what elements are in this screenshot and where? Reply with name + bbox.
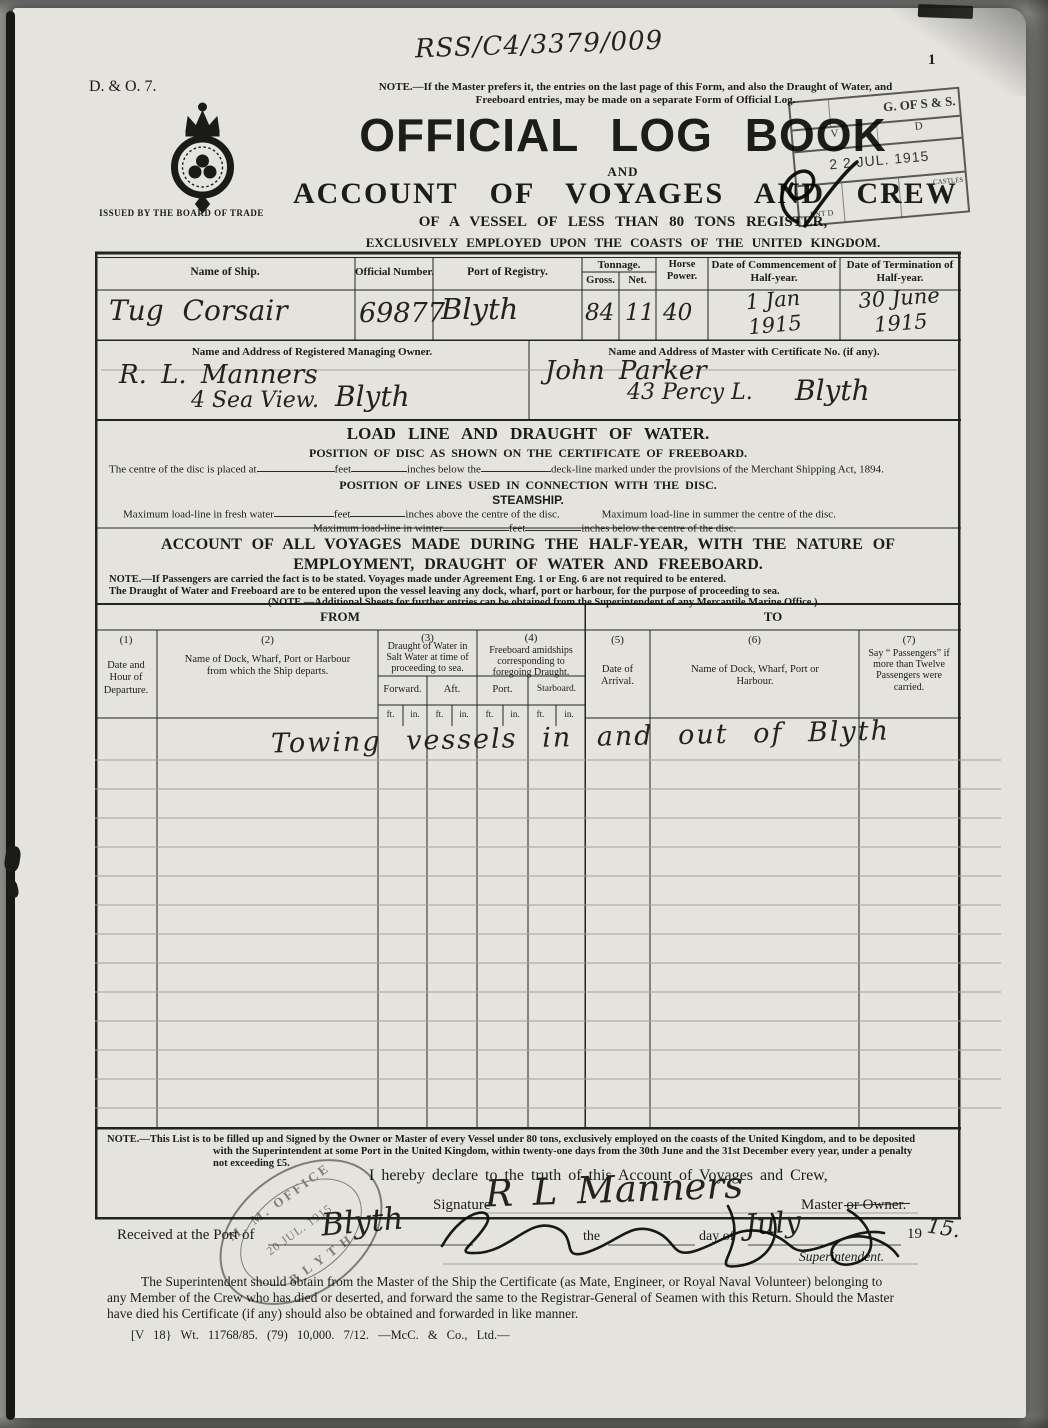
- col4-sub-starboard: Starboard.: [528, 684, 585, 695]
- unit-ft: ft.: [530, 709, 551, 720]
- loadline-line3-c: inches below the centre of the disc.: [581, 522, 736, 534]
- blank-field: [274, 507, 334, 517]
- declaration-note-line3: not exceeding £5.: [213, 1158, 290, 1170]
- header-horse-power: Horse Power.: [656, 259, 708, 284]
- to-label: TO: [585, 609, 961, 624]
- owner-name: R. L. Manners: [119, 360, 318, 391]
- col3-sub-aft: Aft.: [427, 684, 477, 696]
- declaration-note-line1: NOTE.—This List is to be filled up and S…: [107, 1134, 915, 1146]
- blank-field: [525, 521, 581, 531]
- loadline-line1-b: feet: [335, 463, 351, 475]
- col5-label: Date of Arrival.: [591, 664, 644, 689]
- value-gross-tonnage: 84: [585, 300, 614, 327]
- owner-town: Blyth: [335, 380, 410, 413]
- master-address: 43 Percy L.: [627, 380, 753, 406]
- unit-in: in.: [505, 709, 525, 720]
- loadline-line2-d: Maximum load-line in summer the centre o…: [602, 508, 836, 520]
- col6-label: Name of Dock, Wharf, Port or Harbour.: [685, 664, 825, 689]
- unit-in: in.: [405, 709, 425, 720]
- header-net: Net.: [619, 275, 656, 287]
- col1-number: (1): [95, 634, 157, 647]
- unit-ft: ft.: [479, 709, 500, 720]
- header-termination: Date of Termination of Half-year.: [842, 259, 958, 285]
- scan-shadow-right: [1026, 0, 1048, 1428]
- loadline-line3-a: Maximum load-line in winter: [313, 522, 443, 534]
- blank-field: [350, 507, 405, 517]
- header-tonnage: Tonnage.: [582, 259, 656, 272]
- closing-note-line3: have died his Certificate (if any) shoul…: [107, 1306, 578, 1322]
- blank-field: [351, 462, 407, 472]
- loadline-line1: The centre of the disc is placed atfeeti…: [109, 462, 884, 476]
- header-commencement: Date of Commencement of Half-year.: [710, 259, 838, 285]
- voyages-heading-line2: EMPLOYMENT, DRAUGHT OF WATER AND FREEBOA…: [95, 556, 961, 575]
- superintendent-signature: [428, 1200, 908, 1275]
- log-book-page: RSS/C4/3379/009 1 D. & O. 7. NOTE.—If th…: [13, 8, 1026, 1418]
- loadline-line1-d: deck-line marked under the provisions of…: [551, 463, 884, 475]
- loadline-line3-b: feet: [509, 522, 525, 534]
- header-gross: Gross.: [582, 275, 619, 287]
- loadline-line1-c: inches below the: [407, 463, 481, 475]
- header-official-number: Official Number.: [355, 266, 433, 279]
- received-year-prefix: 19: [907, 1226, 922, 1244]
- col3-sub-forward: Forward.: [378, 684, 427, 696]
- loadline-sub2: POSITION OF LINES USED IN CONNECTION WIT…: [95, 478, 961, 492]
- value-termination: 30 June 1915: [840, 282, 959, 340]
- value-port-of-registry: Blyth: [441, 292, 518, 326]
- unit-in: in.: [559, 709, 579, 720]
- voyages-heading-line1: ACCOUNT OF ALL VOYAGES MADE DURING THE H…: [95, 536, 961, 555]
- owner-address: 4 Sea View.: [191, 388, 319, 414]
- col7-label: Say “ Passengers” if more than Twelve Pa…: [862, 648, 956, 693]
- loadline-line2: Maximum load-line in fresh waterfeetinch…: [123, 507, 836, 521]
- blank-field: [481, 462, 551, 472]
- value-net-tonnage: 11: [625, 300, 654, 327]
- blank-field: [443, 521, 509, 531]
- col1-label: Date and Hour of Departure.: [98, 660, 154, 697]
- loadline-line2-a: Maximum load-line in fresh water: [123, 508, 274, 520]
- unit-ft: ft.: [380, 709, 401, 720]
- loadline-heading: LOAD LINE AND DRAUGHT OF WATER.: [95, 424, 961, 444]
- header-name-of-ship: Name of Ship.: [95, 266, 355, 280]
- loadline-line3: Maximum load-line in winterfeetinches be…: [313, 521, 736, 535]
- loadline-line1-a: The centre of the disc is placed at: [109, 463, 257, 475]
- col2-number: (2): [157, 634, 378, 647]
- owner-label: Name and Address of Registered Managing …: [95, 346, 529, 359]
- loadline-steamship: STEAMSHIP.: [95, 493, 961, 507]
- printer-imprint: [V 18} Wt. 11768/85. (79) 10,000. 7/12. …: [131, 1328, 510, 1343]
- received-year-value: 15.: [925, 1214, 962, 1244]
- closing-note-line2: any Member of the Crew who has died or d…: [107, 1290, 894, 1306]
- col3-label: Draught of Water in Salt Water at time o…: [381, 642, 474, 674]
- col7-number: (7): [859, 634, 959, 647]
- col4-label: Freeboard amidships corresponding to for…: [480, 646, 582, 678]
- loadline-line2-b: feet: [334, 508, 350, 520]
- loadline-line2-c: inches above the centre of the disc.: [405, 508, 559, 520]
- col6-number: (6): [650, 634, 859, 647]
- blank-field: [257, 462, 335, 472]
- col2-label: Name of Dock, Wharf, Port or Harbour fro…: [182, 654, 353, 679]
- value-name-of-ship: Tug Corsair: [109, 294, 288, 327]
- closing-note-line1: The Superintendent should obtain from th…: [141, 1274, 882, 1290]
- col4-number: (4): [477, 632, 585, 645]
- col4-sub-port: Port.: [477, 684, 528, 696]
- from-label: FROM: [95, 609, 585, 624]
- voyages-note-line3: (NOTE.—Additional Sheets for further ent…: [268, 597, 818, 609]
- value-official-number: 69877: [359, 298, 445, 330]
- master-town: Blyth: [795, 374, 870, 407]
- unit-in: in.: [454, 709, 474, 720]
- col5-number: (5): [585, 634, 650, 647]
- value-horse-power: 40: [663, 300, 692, 327]
- header-port-of-registry: Port of Registry.: [433, 266, 582, 280]
- unit-ft: ft.: [429, 709, 450, 720]
- loadline-sub1: POSITION OF DISC AS SHOWN ON THE CERTIFI…: [95, 446, 961, 460]
